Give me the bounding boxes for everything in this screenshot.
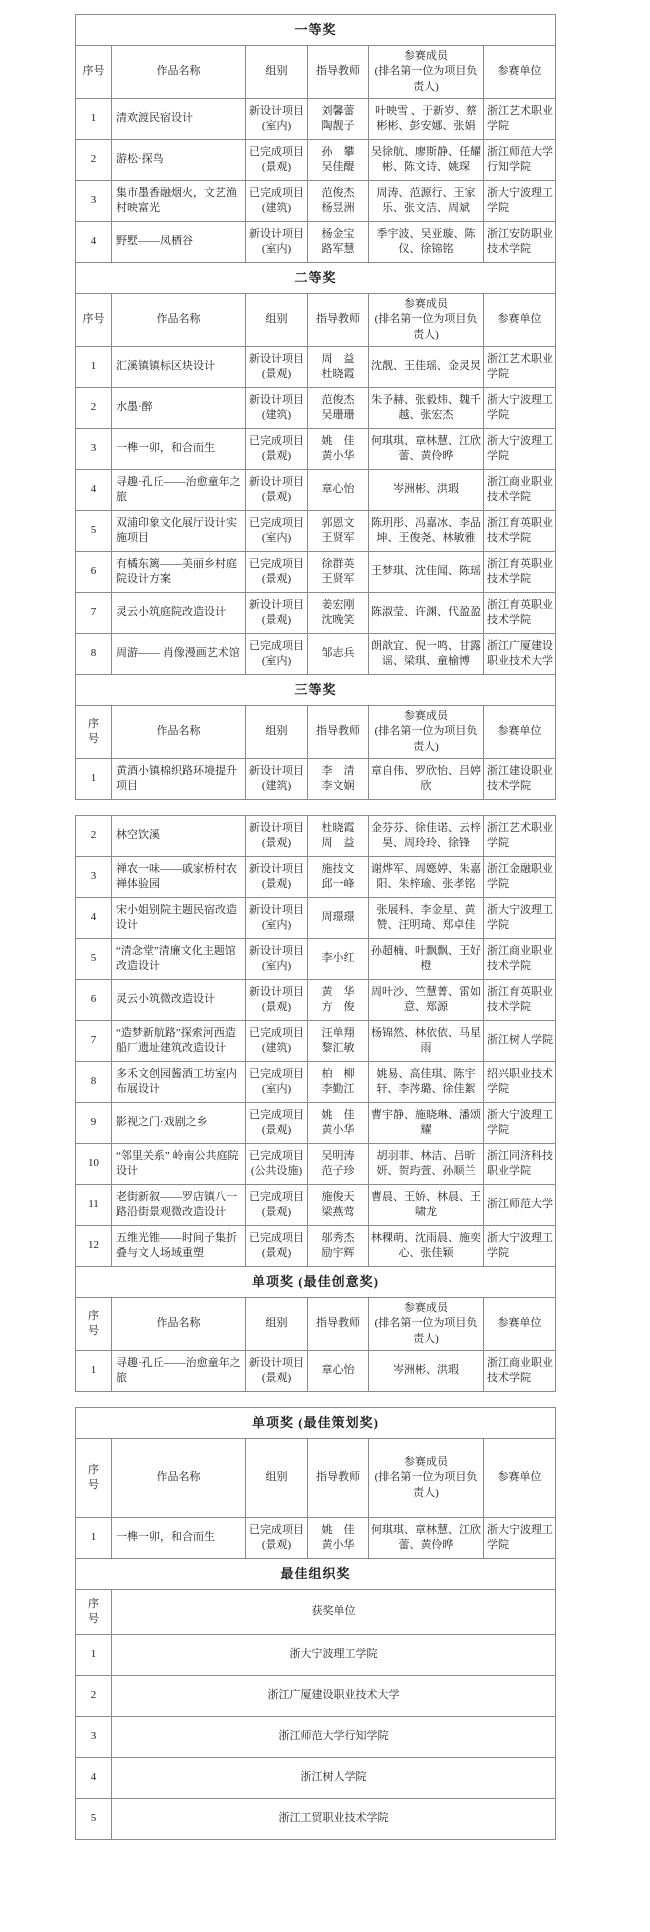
col-header-unit: 参赛单位 [484, 46, 556, 99]
cell-work-title: “造梦新航路”探索河西造船厂遗址建筑改造设计 [112, 1021, 246, 1062]
prize-table-block-3: 单项奖 (最佳策划奖) 序 号 作品名称 组别 指导教师 参赛成员 (排名第一位… [75, 1407, 556, 1840]
cell-work-title: 灵云小筑庭院改造设计 [112, 593, 246, 634]
cell-group: 新设计项目 (景观) [246, 980, 308, 1021]
cell-group: 新设计项目 (景观) [246, 857, 308, 898]
cell-group: 已完成项目 (建筑) [246, 181, 308, 222]
col-header-teacher: 指导教师 [308, 1439, 369, 1518]
cell-unit: 浙江育英职业技术学院 [484, 980, 556, 1021]
cell-members: 何琪琪、章林慧、江欣蕾、黄伶晔 [369, 429, 484, 470]
col-header-work: 作品名称 [112, 706, 246, 759]
cell-work-title: 影视之门·戏剧之乡 [112, 1103, 246, 1144]
cell-members: 叶映雪 、于新岁、蔡彬彬、彭安娜、张娟 [369, 99, 484, 140]
cell-teacher: 黄 华 方 俊 [308, 980, 369, 1021]
cell-work-title: 寻趣·孔丘——治愈童年之旅 [112, 470, 246, 511]
col-header-teacher: 指导教师 [308, 706, 369, 759]
section-title-third-prize: 三等奖 [76, 675, 556, 706]
org-table-row: 2 浙江广厦建设职业技术大学 [76, 1676, 556, 1717]
cell-group: 已完成项目 (景观) [246, 1185, 308, 1226]
prize-table-block-1: 一等奖 序号 作品名称 组别 指导教师 参赛成员 (排名第一位为项目负责人) 参… [75, 14, 556, 800]
col-header-work: 作品名称 [112, 46, 246, 99]
table-row: 1 黄酒小镇棉织路环境提升项目 新设计项目 (建筑) 李 清 李文娴 章自伟、罗… [76, 759, 556, 800]
cell-index: 2 [76, 140, 112, 181]
cell-work-title: 野墅——凤栖谷 [112, 222, 246, 263]
table-row: 6 灵云小筑微改造设计 新设计项目 (景观) 黄 华 方 俊 周叶沙、竺慧菁、雷… [76, 980, 556, 1021]
table-row: 3 集市墨香融烟火，文艺渔村映富光 已完成项目 (建筑) 范俊杰 杨昱洲 周涛、… [76, 181, 556, 222]
cell-unit: 浙江金融职业学院 [484, 857, 556, 898]
col-header-no: 序 号 [76, 1439, 112, 1518]
cell-index: 5 [76, 1799, 112, 1840]
cell-members: 岑洲彬、洪瑕 [369, 1351, 484, 1392]
table-row: 3 一榫一卯，和合而生 已完成项目 (景观) 姚 佳 黄小华 何琪琪、章林慧、江… [76, 429, 556, 470]
section-title-row: 二等奖 [76, 263, 556, 294]
col-header-members: 参赛成员 (排名第一位为项目负责人) [369, 1439, 484, 1518]
section-title-best-planning: 单项奖 (最佳策划奖) [76, 1408, 556, 1439]
table-row: 6 有橘东篱——美丽乡村庭院设计方案 已完成项目 (景观) 徐群英 王贤军 王梦… [76, 552, 556, 593]
cell-index: 2 [76, 1676, 112, 1717]
col-header-members: 参赛成员 (排名第一位为项目负责人) [369, 1298, 484, 1351]
cell-unit: 浙江艺术职业学院 [484, 347, 556, 388]
cell-work-title: 一榫一卯，和合而生 [112, 1518, 246, 1559]
cell-members: 朱予赫、张毅炜、魏千越、张宏杰 [369, 388, 484, 429]
cell-group: 已完成项目 (建筑) [246, 1021, 308, 1062]
cell-index: 1 [76, 1635, 112, 1676]
cell-members: 金芬芬、徐佳诺、云梓昊、周玲玲、徐锋 [369, 816, 484, 857]
col-header-work: 作品名称 [112, 294, 246, 347]
cell-teacher: 杨金宝 路军慧 [308, 222, 369, 263]
cell-members: 何琪琪、章林慧、江欣蕾、黄伶晔 [369, 1518, 484, 1559]
table-row: 8 周游—— 肖像漫画艺术馆 已完成项目 (室内) 邹志兵 朗歆宜、倪一鸣、甘露… [76, 634, 556, 675]
cell-work-title: 清欢渡民宿设计 [112, 99, 246, 140]
cell-index: 6 [76, 980, 112, 1021]
col-header-teacher: 指导教师 [308, 294, 369, 347]
cell-group: 新设计项目 (景观) [246, 593, 308, 634]
table-row: 3 禅农一味——戚家桥村农禅体验园 新设计项目 (景观) 施技文 邱一峰 谢烨军… [76, 857, 556, 898]
cell-teacher: 姜宏刚 沈晚笑 [308, 593, 369, 634]
cell-work-title: 黄酒小镇棉织路环境提升项目 [112, 759, 246, 800]
cell-work-title: 有橘东篱——美丽乡村庭院设计方案 [112, 552, 246, 593]
section-title-row: 单项奖 (最佳策划奖) [76, 1408, 556, 1439]
cell-unit: 浙大宁波理工学院 [484, 898, 556, 939]
cell-work-title: 双浦印象文化展厅设计实施项目 [112, 511, 246, 552]
table-row: 4 寻趣·孔丘——治愈童年之旅 新设计项目 (景观) 章心怡 岑洲彬、洪瑕 浙江… [76, 470, 556, 511]
table-row: 5 “清念堂”清廉文化主题馆改造设计 新设计项目 (室内) 李小红 孙超楠、叶飘… [76, 939, 556, 980]
section-title-second-prize: 二等奖 [76, 263, 556, 294]
cell-index: 8 [76, 634, 112, 675]
cell-index: 5 [76, 939, 112, 980]
section-title-row: 三等奖 [76, 675, 556, 706]
org-header-row: 序 号 获奖单位 [76, 1590, 556, 1635]
col-header-group: 组别 [246, 1439, 308, 1518]
cell-group: 新设计项目 (室内) [246, 222, 308, 263]
cell-teacher: 孙 攀 吴佳醍 [308, 140, 369, 181]
table-row: 7 灵云小筑庭院改造设计 新设计项目 (景观) 姜宏刚 沈晚笑 陈淑莹、许渊、代… [76, 593, 556, 634]
cell-unit: 浙大宁波理工学院 [484, 1103, 556, 1144]
cell-work-title: 禅农一味——戚家桥村农禅体验园 [112, 857, 246, 898]
cell-index: 4 [76, 222, 112, 263]
award-document: 一等奖 序号 作品名称 组别 指导教师 参赛成员 (排名第一位为项目负责人) 参… [0, 0, 650, 1840]
table-row: 1 寻趣·孔丘——治愈童年之旅 新设计项目 (景观) 章心怡 岑洲彬、洪瑕 浙江… [76, 1351, 556, 1392]
col-header-members: 参赛成员 (排名第一位为项目负责人) [369, 706, 484, 759]
cell-group: 已完成项目 (景观) [246, 140, 308, 181]
cell-award-unit: 浙江广厦建设职业技术大学 [112, 1676, 556, 1717]
cell-unit: 浙江育英职业技术学院 [484, 552, 556, 593]
cell-index: 8 [76, 1062, 112, 1103]
cell-index: 1 [76, 1351, 112, 1392]
cell-teacher: 姚 佳 黄小华 [308, 429, 369, 470]
cell-teacher: 姚 佳 黄小华 [308, 1103, 369, 1144]
cell-teacher: 姚 佳 黄小华 [308, 1518, 369, 1559]
cell-index: 9 [76, 1103, 112, 1144]
cell-work-title: 林空饮溪 [112, 816, 246, 857]
cell-unit: 浙大宁波理工学院 [484, 1226, 556, 1267]
cell-group: 新设计项目 (建筑) [246, 388, 308, 429]
cell-teacher: 李 清 李文娴 [308, 759, 369, 800]
cell-teacher: 施技文 邱一峰 [308, 857, 369, 898]
col-header-unit: 参赛单位 [484, 706, 556, 759]
cell-members: 岑洲彬、洪瑕 [369, 470, 484, 511]
table-row: 11 老街新叙——罗店镇八一路沿街景观微改造设计 已完成项目 (景观) 施俊天 … [76, 1185, 556, 1226]
cell-group: 新设计项目 (景观) [246, 470, 308, 511]
cell-work-title: 汇溪镇镇标区块设计 [112, 347, 246, 388]
cell-index: 3 [76, 857, 112, 898]
section-title-best-creativity: 单项奖 (最佳创意奖) [76, 1267, 556, 1298]
col-header-no: 序号 [76, 46, 112, 99]
cell-group: 新设计项目 (建筑) [246, 759, 308, 800]
cell-members: 杨锦然、林依依、马星雨 [369, 1021, 484, 1062]
col-header-no: 序 号 [76, 1590, 112, 1635]
cell-teacher: 杜晓霞 周 益 [308, 816, 369, 857]
cell-teacher: 汪单翔 黎汇敏 [308, 1021, 369, 1062]
section-title-row: 单项奖 (最佳创意奖) [76, 1267, 556, 1298]
cell-index: 2 [76, 816, 112, 857]
cell-members: 周叶沙、竺慧菁、雷如意、郑源 [369, 980, 484, 1021]
cell-group: 新设计项目 (景观) [246, 347, 308, 388]
cell-index: 1 [76, 759, 112, 800]
column-header-row: 序 号 作品名称 组别 指导教师 参赛成员 (排名第一位为项目负责人) 参赛单位 [76, 1439, 556, 1518]
cell-unit: 绍兴职业技术学院 [484, 1062, 556, 1103]
cell-group: 新设计项目 (景观) [246, 816, 308, 857]
table-row: 1 清欢渡民宿设计 新设计项目 (室内) 刘馨蕾 陶靓子 叶映雪 、于新岁、蔡彬… [76, 99, 556, 140]
cell-award-unit: 浙江师范大学行知学院 [112, 1717, 556, 1758]
cell-index: 3 [76, 1717, 112, 1758]
cell-teacher: 范俊杰 杨昱洲 [308, 181, 369, 222]
col-header-group: 组别 [246, 706, 308, 759]
cell-award-unit: 浙大宁波理工学院 [112, 1635, 556, 1676]
cell-work-title: 宋小姐别院主题民宿改造设计 [112, 898, 246, 939]
col-header-members: 参赛成员 (排名第一位为项目负责人) [369, 294, 484, 347]
cell-work-title: 周游—— 肖像漫画艺术馆 [112, 634, 246, 675]
cell-group: 已完成项目 (景观) [246, 429, 308, 470]
col-header-group: 组别 [246, 1298, 308, 1351]
cell-index: 4 [76, 1758, 112, 1799]
cell-index: 3 [76, 181, 112, 222]
table-row: 2 游松·探鸟 已完成项目 (景观) 孙 攀 吴佳醍 吴徐航、廖斯静、任耀彬、陈… [76, 140, 556, 181]
cell-members: 周涛、范源行、王家乐、张文洁、周斌 [369, 181, 484, 222]
cell-work-title: 老街新叙——罗店镇八一路沿街景观微改造设计 [112, 1185, 246, 1226]
col-header-unit: 参赛单位 [484, 1439, 556, 1518]
cell-index: 7 [76, 593, 112, 634]
cell-unit: 浙大宁波理工学院 [484, 388, 556, 429]
cell-work-title: 五维光锥——时间子集折叠与文人场域重塑 [112, 1226, 246, 1267]
cell-work-title: 灵云小筑微改造设计 [112, 980, 246, 1021]
cell-teacher: 徐群英 王贤军 [308, 552, 369, 593]
col-header-work: 作品名称 [112, 1439, 246, 1518]
col-header-group: 组别 [246, 294, 308, 347]
cell-work-title: “清念堂”清廉文化主题馆改造设计 [112, 939, 246, 980]
cell-members: 陈淑莹、许渊、代盈盈 [369, 593, 484, 634]
cell-index: 4 [76, 898, 112, 939]
cell-teacher: 郭恩文 王贤军 [308, 511, 369, 552]
cell-unit: 浙江树人学院 [484, 1021, 556, 1062]
cell-group: 已完成项目 (景观) [246, 1518, 308, 1559]
cell-group: 已完成项目 (景观) [246, 552, 308, 593]
section-title-row: 一等奖 [76, 15, 556, 46]
column-header-row: 序 号 作品名称 组别 指导教师 参赛成员 (排名第一位为项目负责人) 参赛单位 [76, 1298, 556, 1351]
cell-index: 1 [76, 347, 112, 388]
table-row: 4 野墅——凤栖谷 新设计项目 (室内) 杨金宝 路军慧 季宇波、吴亚璇、陈仪、… [76, 222, 556, 263]
cell-unit: 浙江师范大学 [484, 1185, 556, 1226]
col-header-no: 序 号 [76, 1298, 112, 1351]
cell-unit: 浙江商业职业技术学院 [484, 1351, 556, 1392]
cell-work-title: 多禾文创园酱酒工坊室内布展设计 [112, 1062, 246, 1103]
cell-members: 季宇波、吴亚璇、陈仪、徐锦铭 [369, 222, 484, 263]
col-header-unit: 参赛单位 [484, 294, 556, 347]
cell-work-title: 集市墨香融烟火，文艺渔村映富光 [112, 181, 246, 222]
cell-unit: 浙江育英职业技术学院 [484, 511, 556, 552]
table-row: 12 五维光锥——时间子集折叠与文人场域重塑 已完成项目 (景观) 邬秀杰 励宇… [76, 1226, 556, 1267]
cell-members: 曹晨、王娇、林晨、王啸龙 [369, 1185, 484, 1226]
cell-unit: 浙江建设职业技术学院 [484, 759, 556, 800]
cell-teacher: 施俊天 梁燕莺 [308, 1185, 369, 1226]
col-header-teacher: 指导教师 [308, 1298, 369, 1351]
cell-members: 王梦琪、沈佳闻、陈瑶 [369, 552, 484, 593]
cell-group: 新设计项目 (景观) [246, 1351, 308, 1392]
table-row: 4 宋小姐别院主题民宿改造设计 新设计项目 (室内) 周璟璟 张展科、李金星、黄… [76, 898, 556, 939]
cell-unit: 浙江艺术职业学院 [484, 99, 556, 140]
cell-members: 姚易、高佳琪、陈宇轩、李涔璐、徐佳絮 [369, 1062, 484, 1103]
cell-group: 新设计项目 (室内) [246, 939, 308, 980]
column-header-row: 序 号 作品名称 组别 指导教师 参赛成员 (排名第一位为项目负责人) 参赛单位 [76, 706, 556, 759]
table-row: 2 水墨·醉 新设计项目 (建筑) 范俊杰 吴珊珊 朱予赫、张毅炜、魏千越、张宏… [76, 388, 556, 429]
cell-unit: 浙江同济科技职业学院 [484, 1144, 556, 1185]
cell-teacher: 周 益 杜晓霞 [308, 347, 369, 388]
cell-members: 朗歆宜、倪一鸣、甘露谣、梁琪、童榆博 [369, 634, 484, 675]
org-table-row: 5 浙江工贸职业技术学院 [76, 1799, 556, 1840]
cell-members: 张展科、李金星、黄赞、汪明琦、郑卓佳 [369, 898, 484, 939]
col-header-unit: 参赛单位 [484, 1298, 556, 1351]
cell-members: 陈玥彤、冯嘉冰、李品坤、王俊尧、林敏雅 [369, 511, 484, 552]
cell-index: 2 [76, 388, 112, 429]
col-header-teacher: 指导教师 [308, 46, 369, 99]
col-header-work: 作品名称 [112, 1298, 246, 1351]
cell-index: 11 [76, 1185, 112, 1226]
cell-members: 沈靓、王佳瑶、金灵炅 [369, 347, 484, 388]
prize-table-block-2: 2 林空饮溪 新设计项目 (景观) 杜晓霞 周 益 金芬芬、徐佳诺、云梓昊、周玲… [75, 815, 556, 1392]
column-header-row: 序号 作品名称 组别 指导教师 参赛成员 (排名第一位为项目负责人) 参赛单位 [76, 294, 556, 347]
col-header-members: 参赛成员 (排名第一位为项目负责人) [369, 46, 484, 99]
cell-index: 10 [76, 1144, 112, 1185]
cell-work-title: 游松·探鸟 [112, 140, 246, 181]
table-row: 1 汇溪镇镇标区块设计 新设计项目 (景观) 周 益 杜晓霞 沈靓、王佳瑶、金灵… [76, 347, 556, 388]
cell-unit: 浙江育英职业技术学院 [484, 593, 556, 634]
cell-index: 12 [76, 1226, 112, 1267]
cell-work-title: 寻趣·孔丘——治愈童年之旅 [112, 1351, 246, 1392]
section-title-row: 最佳组织奖 [76, 1559, 556, 1590]
cell-members: 吴徐航、廖斯静、任耀彬、陈文诗、姚琛 [369, 140, 484, 181]
cell-group: 新设计项目 (室内) [246, 898, 308, 939]
cell-teacher: 柏 柳 李勤江 [308, 1062, 369, 1103]
col-header-no: 序号 [76, 294, 112, 347]
cell-unit: 浙江商业职业技术学院 [484, 939, 556, 980]
cell-work-title: 一榫一卯，和合而生 [112, 429, 246, 470]
cell-members: 胡羽菲、林洁、吕昕妍、贺玙萱、孙顺兰 [369, 1144, 484, 1185]
cell-members: 谢烨军、周嫕婷、朱嘉阳、朱梓瑜、张孝铭 [369, 857, 484, 898]
cell-teacher: 李小红 [308, 939, 369, 980]
cell-members: 曹宇静、施晓琳、潘颂耀 [369, 1103, 484, 1144]
cell-group: 已完成项目 (景观) [246, 1103, 308, 1144]
cell-index: 4 [76, 470, 112, 511]
table-row: 10 “邻里关系” 岭南公共庭院设计 已完成项目 (公共设施) 吴明涛 范子珍 … [76, 1144, 556, 1185]
cell-teacher: 章心怡 [308, 470, 369, 511]
cell-group: 已完成项目 (室内) [246, 1062, 308, 1103]
cell-award-unit: 浙江工贸职业技术学院 [112, 1799, 556, 1840]
org-table-row: 1 浙大宁波理工学院 [76, 1635, 556, 1676]
org-table-row: 3 浙江师范大学行知学院 [76, 1717, 556, 1758]
cell-group: 已完成项目 (室内) [246, 634, 308, 675]
col-header-no: 序 号 [76, 706, 112, 759]
cell-unit: 浙江艺术职业学院 [484, 816, 556, 857]
cell-teacher: 刘馨蕾 陶靓子 [308, 99, 369, 140]
cell-members: 林稞萌、沈雨晨、施奕心、张佳颖 [369, 1226, 484, 1267]
table-row: 1 一榫一卯，和合而生 已完成项目 (景观) 姚 佳 黄小华 何琪琪、章林慧、江… [76, 1518, 556, 1559]
cell-index: 7 [76, 1021, 112, 1062]
cell-work-title: “邻里关系” 岭南公共庭院设计 [112, 1144, 246, 1185]
cell-teacher: 范俊杰 吴珊珊 [308, 388, 369, 429]
cell-unit: 浙大宁波理工学院 [484, 429, 556, 470]
cell-teacher: 邬秀杰 励宇辉 [308, 1226, 369, 1267]
cell-group: 已完成项目 (室内) [246, 511, 308, 552]
cell-members: 章自伟、罗欣怡、吕婷欣 [369, 759, 484, 800]
cell-group: 已完成项目 (公共设施) [246, 1144, 308, 1185]
cell-teacher: 邹志兵 [308, 634, 369, 675]
col-header-group: 组别 [246, 46, 308, 99]
cell-index: 3 [76, 429, 112, 470]
cell-unit: 浙大宁波理工学院 [484, 181, 556, 222]
org-table-row: 4 浙江树人学院 [76, 1758, 556, 1799]
table-row: 8 多禾文创园酱酒工坊室内布展设计 已完成项目 (室内) 柏 柳 李勤江 姚易、… [76, 1062, 556, 1103]
cell-group: 新设计项目 (室内) [246, 99, 308, 140]
column-header-row: 序号 作品名称 组别 指导教师 参赛成员 (排名第一位为项目负责人) 参赛单位 [76, 46, 556, 99]
section-title-first-prize: 一等奖 [76, 15, 556, 46]
col-header-award-unit: 获奖单位 [112, 1590, 556, 1635]
cell-index: 1 [76, 99, 112, 140]
cell-members: 孙超楠、叶飘飘、王好橙 [369, 939, 484, 980]
cell-unit: 浙江师范大学行知学院 [484, 140, 556, 181]
table-row: 9 影视之门·戏剧之乡 已完成项目 (景观) 姚 佳 黄小华 曹宇静、施晓琳、潘… [76, 1103, 556, 1144]
cell-unit: 浙江商业职业技术学院 [484, 470, 556, 511]
table-row: 5 双浦印象文化展厅设计实施项目 已完成项目 (室内) 郭恩文 王贤军 陈玥彤、… [76, 511, 556, 552]
cell-teacher: 周璟璟 [308, 898, 369, 939]
cell-unit: 浙江广厦建设职业技术大学 [484, 634, 556, 675]
cell-unit: 浙江安防职业技术学院 [484, 222, 556, 263]
cell-award-unit: 浙江树人学院 [112, 1758, 556, 1799]
cell-group: 已完成项目 (景观) [246, 1226, 308, 1267]
table-row: 2 林空饮溪 新设计项目 (景观) 杜晓霞 周 益 金芬芬、徐佳诺、云梓昊、周玲… [76, 816, 556, 857]
section-title-best-organization: 最佳组织奖 [76, 1559, 556, 1590]
table-row: 7 “造梦新航路”探索河西造船厂遗址建筑改造设计 已完成项目 (建筑) 汪单翔 … [76, 1021, 556, 1062]
cell-index: 1 [76, 1518, 112, 1559]
cell-teacher: 吴明涛 范子珍 [308, 1144, 369, 1185]
cell-teacher: 章心怡 [308, 1351, 369, 1392]
cell-work-title: 水墨·醉 [112, 388, 246, 429]
cell-unit: 浙大宁波理工学院 [484, 1518, 556, 1559]
cell-index: 5 [76, 511, 112, 552]
cell-index: 6 [76, 552, 112, 593]
